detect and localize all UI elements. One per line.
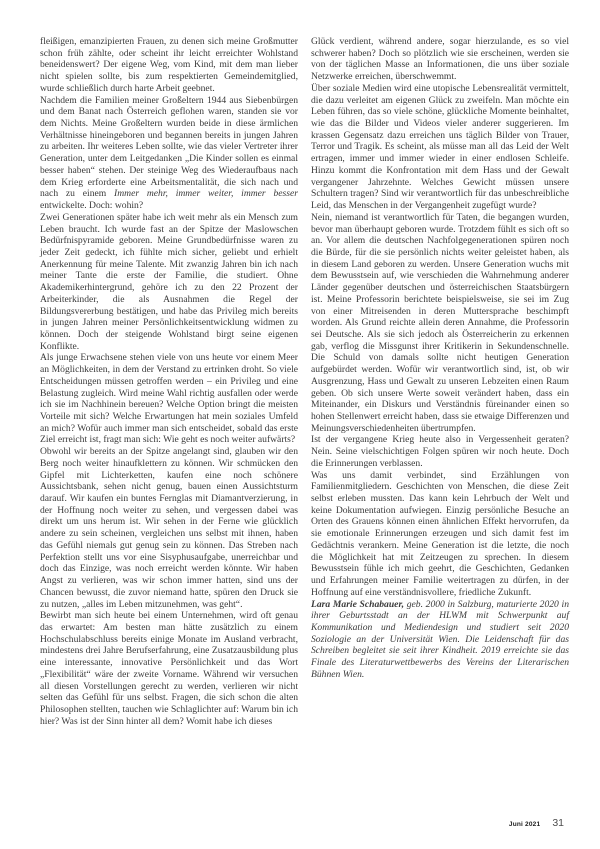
page-footer: Juni 2021 31 bbox=[509, 817, 564, 829]
left-column: fleißigen, emanzipierten Frauen, zu dene… bbox=[40, 36, 298, 727]
author-bio: Lara Marie Schabauer, geb. 2000 in Salzb… bbox=[311, 599, 569, 681]
author-bio-text: geb. 2000 in Salzburg, maturierte 2020 i… bbox=[311, 599, 569, 680]
author-name: Lara Marie Schabauer, bbox=[311, 599, 404, 610]
paragraph-5: Obwohl wir bereits an der Spitze angelan… bbox=[40, 446, 298, 610]
article-body: fleißigen, emanzipierten Frauen, zu dene… bbox=[40, 36, 569, 727]
paragraph-2-text-end: entwickelte. Doch: wohin? bbox=[40, 200, 143, 211]
paragraph-10: Ist der vergangene Krieg heute also in V… bbox=[311, 434, 569, 469]
right-column: Glück verdient, während andere, sogar hi… bbox=[311, 36, 569, 727]
paragraph-2: Nachdem die Familien meiner Großeltern 1… bbox=[40, 95, 298, 212]
paragraph-11: Was uns damit verbindet, sind Erzählunge… bbox=[311, 470, 569, 599]
paragraph-9: Nein, niemand ist verantwortlich für Tat… bbox=[311, 212, 569, 435]
paragraph-6: Bewirbt man sich heute bei einem Unterne… bbox=[40, 610, 298, 727]
paragraph-3: Zwei Generationen später habe ich weit m… bbox=[40, 212, 298, 353]
paragraph-2-text: Nachdem die Familien meiner Großeltern 1… bbox=[40, 95, 298, 200]
page-number: 31 bbox=[552, 817, 564, 829]
issue-date: Juni 2021 bbox=[509, 821, 540, 828]
paragraph-8: Über soziale Medien wird eine utopische … bbox=[311, 83, 569, 212]
paragraph-1: fleißigen, emanzipierten Frauen, zu dene… bbox=[40, 36, 298, 95]
paragraph-4: Als junge Erwachsene stehen viele von un… bbox=[40, 352, 298, 446]
paragraph-7: Glück verdient, während andere, sogar hi… bbox=[311, 36, 569, 83]
paragraph-2-emphasis: Immer mehr, immer weiter, immer besser bbox=[114, 188, 298, 199]
magazine-page: fleißigen, emanzipierten Frauen, zu dene… bbox=[0, 0, 600, 849]
